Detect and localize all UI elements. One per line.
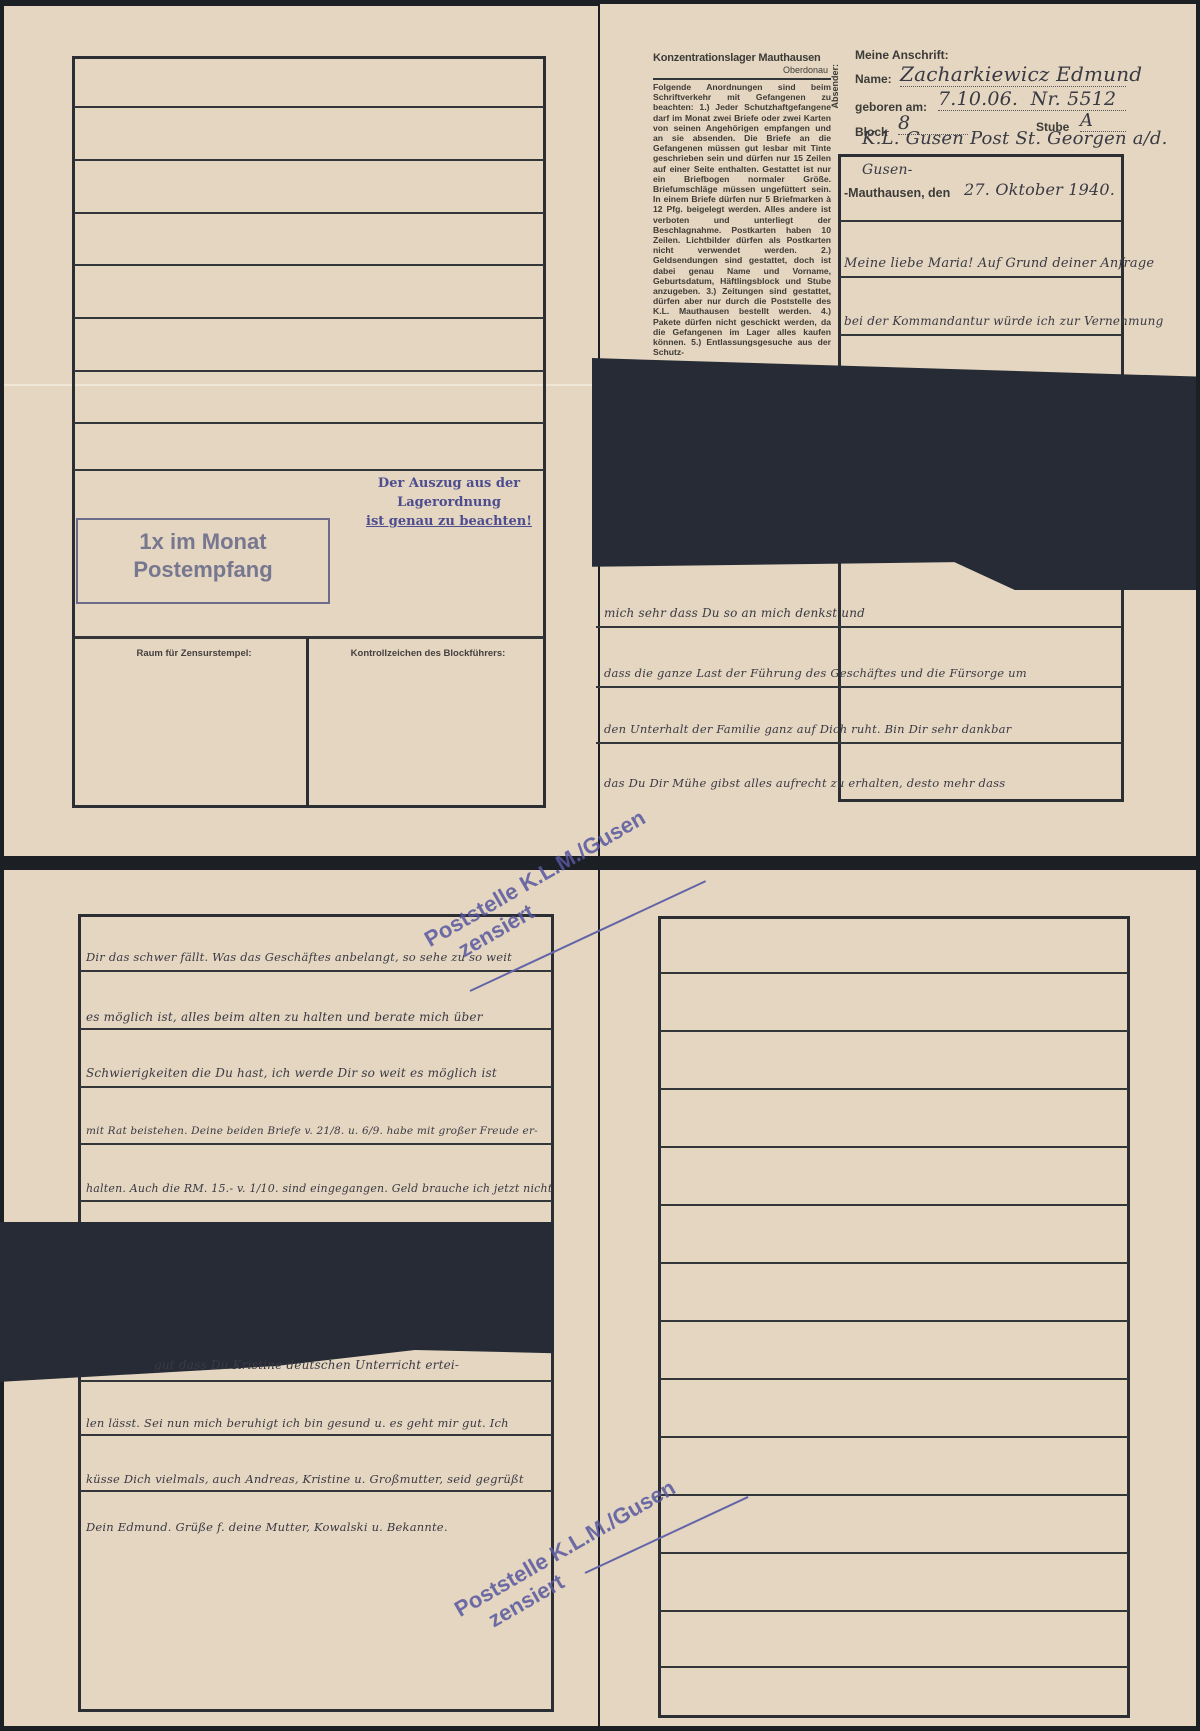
header-rule xyxy=(653,78,831,80)
letter-line: mich sehr dass Du so an mich denkst und xyxy=(604,606,865,620)
ruled-line xyxy=(80,970,552,972)
ruled-line xyxy=(80,1028,552,1030)
correspondence-rules-text: Folgende Anordnungen sind beim Schriftve… xyxy=(653,82,831,360)
letter-line: len lässt. Sei nun mich beruhigt ich bin… xyxy=(86,1416,509,1430)
ruled-line xyxy=(74,370,544,372)
camp-header-title: Konzentrationslager Mauthausen xyxy=(653,52,833,64)
ruled-line xyxy=(74,159,544,161)
stamp-box-line1: 1x im Monat xyxy=(78,528,328,556)
camp-address: K.L. Gusen Post St. Georgen a/d. xyxy=(862,128,1168,149)
postempfang-stamp: 1x im Monat Postempfang xyxy=(76,518,330,604)
stamp-box-line2: Postempfang xyxy=(78,556,328,584)
ruled-line xyxy=(660,1088,1128,1090)
lined-form-box xyxy=(658,916,1130,1718)
stamp-notice-line2: ist genau zu beachten! xyxy=(329,512,569,531)
ruled-line xyxy=(660,1030,1128,1032)
letter-line: Meine liebe Maria! Auf Grund deiner Anfr… xyxy=(844,256,1154,271)
ruled-line xyxy=(74,422,544,424)
ruled-line xyxy=(840,220,1122,222)
ruled-line xyxy=(596,686,1122,688)
page-top-left: Der Auszug aus der Lagerordnung ist gena… xyxy=(4,6,598,856)
ruled-line xyxy=(660,1610,1128,1612)
letter-line: mit Rat beistehen. Deine beiden Briefe v… xyxy=(86,1125,538,1137)
ruled-line xyxy=(74,636,544,639)
name-value: Zacharkiewicz Edmund xyxy=(900,62,1126,87)
letter-line: es möglich ist, alles beim alten zu halt… xyxy=(86,1010,483,1024)
born-value: 7.10.06. Nr. 5512 xyxy=(938,88,1126,111)
ruled-line xyxy=(74,212,544,214)
block-leader-control-label: Kontrollzeichen des Blockführers: xyxy=(312,648,544,659)
stamp-notice-line1: Der Auszug aus der Lagerordnung xyxy=(329,474,569,512)
letter-line: Schwierigkeiten die Du hast, ich werde D… xyxy=(86,1066,497,1080)
ruled-line xyxy=(596,626,1122,628)
ruled-line xyxy=(80,1200,552,1202)
ruled-line xyxy=(74,264,544,266)
ruled-line xyxy=(596,742,1122,744)
ruled-line xyxy=(660,1320,1128,1322)
ruled-line xyxy=(660,972,1128,974)
ruled-line xyxy=(80,1086,552,1088)
born-date: 7.10.06. xyxy=(938,88,1018,110)
address-heading: Meine Anschrift: xyxy=(855,48,949,62)
camp-header-subtitle: Oberdonau xyxy=(653,65,828,75)
ruled-line xyxy=(660,1436,1128,1438)
letter-date: 27. Oktober 1940. xyxy=(964,180,1115,199)
sender-label: Absender: xyxy=(830,64,840,109)
ruled-line xyxy=(660,1146,1128,1148)
page-top-right: Konzentrationslager Mauthausen Oberdonau… xyxy=(600,4,1196,856)
ruled-line xyxy=(80,1380,552,1382)
lagerordnung-stamp: Der Auszug aus der Lagerordnung ist gena… xyxy=(329,474,569,531)
ruled-line xyxy=(74,469,544,471)
letter-line: küsse Dich vielmals, auch Andreas, Krist… xyxy=(86,1472,524,1486)
ruled-line xyxy=(660,1262,1128,1264)
ruled-line xyxy=(80,1143,552,1145)
ruled-line xyxy=(660,1204,1128,1206)
ruled-line xyxy=(660,1666,1128,1668)
ruled-line xyxy=(660,1494,1128,1496)
page-bottom-right xyxy=(600,870,1196,1726)
letter-line: gut dass Du Kristine deutschen Unterrich… xyxy=(154,1358,459,1372)
prisoner-number: Nr. 5512 xyxy=(1031,88,1117,110)
ruled-line xyxy=(80,1434,552,1436)
letter-line: Dein Edmund. Grüße f. deine Mutter, Kowa… xyxy=(86,1520,448,1534)
name-label: Name: xyxy=(855,72,892,86)
letter-line: das Du Dir Mühe gibst alles aufrecht zu … xyxy=(604,776,1005,790)
column-divider xyxy=(306,638,309,808)
redacted-section xyxy=(592,358,1196,590)
ruled-line xyxy=(74,317,544,319)
place-printed: -Mauthausen, den xyxy=(844,186,950,200)
censor-space-label: Raum für Zensurstempel: xyxy=(84,648,304,659)
lined-form-box xyxy=(72,56,546,808)
ruled-line xyxy=(80,1490,552,1492)
ruled-line xyxy=(840,334,1122,336)
place-handwritten: Gusen- xyxy=(862,162,913,178)
ruled-line xyxy=(660,1552,1128,1554)
ruled-line xyxy=(660,1378,1128,1380)
letter-line: dass die ganze Last der Führung des Gesc… xyxy=(604,666,1027,680)
ruled-line xyxy=(840,276,1122,278)
ruled-line xyxy=(74,106,544,108)
letter-line: den Unterhalt der Familie ganz auf Dich … xyxy=(604,722,1011,736)
letter-line: halten. Auch die RM. 15.- v. 1/10. sind … xyxy=(86,1182,552,1195)
letter-line: bei der Kommandantur würde ich zur Verne… xyxy=(844,314,1163,328)
